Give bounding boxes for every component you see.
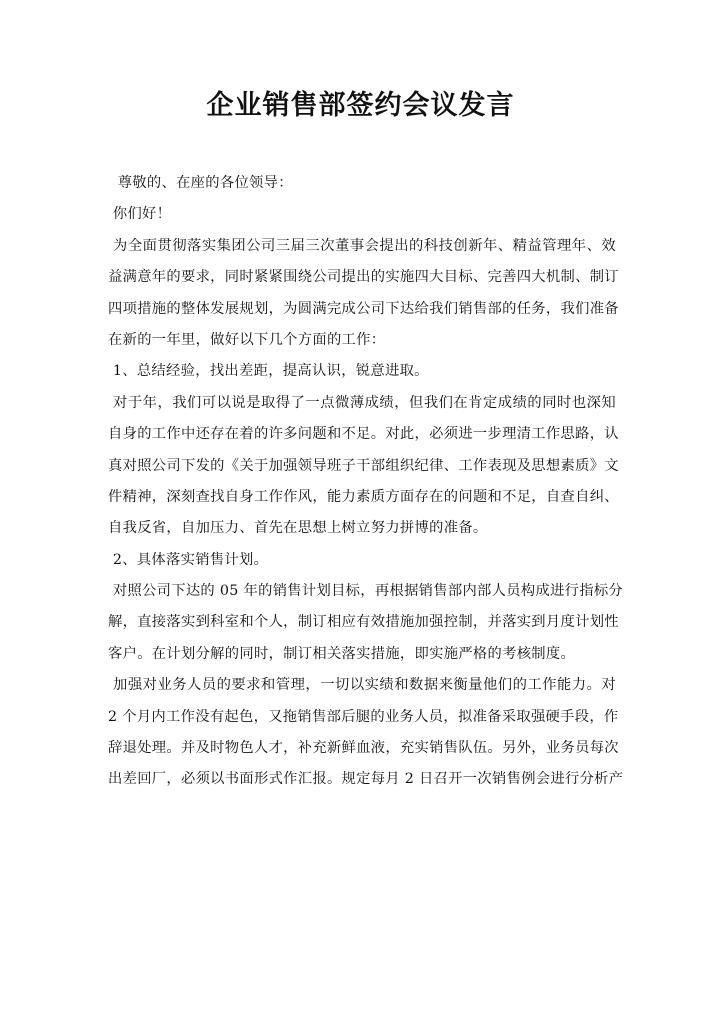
- text-line: 自身的工作中还存在着的许多问题和不足。对此，必须进一步理清工作思路，认: [108, 419, 616, 450]
- text-line: 2、具体落实销售计划。: [108, 545, 616, 576]
- text-line: 件精神，深刻查找自身工作作风，能力素质方面存在的问题和不足，自查自纠、: [108, 482, 616, 513]
- text-line: 对于年，我们可以说是取得了一点微薄成绩，但我们在肯定成绩的同时也深知: [108, 388, 616, 419]
- text-line: 自我反省，自加压力、首先在思想上树立努力拼博的准备。: [108, 513, 616, 544]
- document-body: 尊敬的、在座的各位领导： 你们好！ 为全面贯彻落实集团公司三届三次董事会提出的科…: [108, 168, 616, 796]
- document-title: 企业销售部签约会议发言: [0, 88, 721, 124]
- text-line: 2 个月内工作没有起色，又拖销售部后腿的业务人员，拟准备采取强硬手段，作: [108, 702, 616, 733]
- text-line: 益满意年的要求，同时紧紧围绕公司提出的实施四大目标、完善四大机制、制订: [108, 262, 616, 293]
- text-line: 你们好！: [108, 199, 616, 230]
- text-line: 1、总结经验，找出差距，提高认识，锐意进取。: [108, 356, 616, 387]
- text-line: 辞退处理。并及时物色人才，补充新鲜血液，充实销售队伍。另外，业务员每次: [108, 733, 616, 764]
- text-line: 尊敬的、在座的各位领导：: [108, 168, 616, 199]
- text-line: 对照公司下达的 05 年的销售计划目标，再根据销售部内部人员构成进行指标分: [108, 576, 616, 607]
- document-page: 企业销售部签约会议发言 尊敬的、在座的各位领导： 你们好！ 为全面贯彻落实集团公…: [0, 0, 721, 1020]
- text-line: 在新的一年里，做好以下几个方面的工作：: [108, 325, 616, 356]
- text-line: 出差回厂，必须以书面形式作汇报。规定每月 2 日召开一次销售例会进行分析产: [108, 764, 616, 795]
- text-line: 为全面贯彻落实集团公司三届三次董事会提出的科技创新年、精益管理年、效: [108, 231, 616, 262]
- text-line: 四项措施的整体发展规划，为圆满完成公司下达给我们销售部的任务，我们准备: [108, 294, 616, 325]
- text-line: 加强对业务人员的要求和管理，一切以实绩和数据来衡量他们的工作能力。对: [108, 670, 616, 701]
- text-line: 真对照公司下发的《关于加强领导班子干部组织纪律、工作表现及思想素质》文: [108, 451, 616, 482]
- text-line: 解，直接落实到科室和个人，制订相应有效措施加强控制，并落实到月度计划性: [108, 607, 616, 638]
- text-line: 客户。在计划分解的同时，制订相关落实措施，即实施严格的考核制度。: [108, 639, 616, 670]
